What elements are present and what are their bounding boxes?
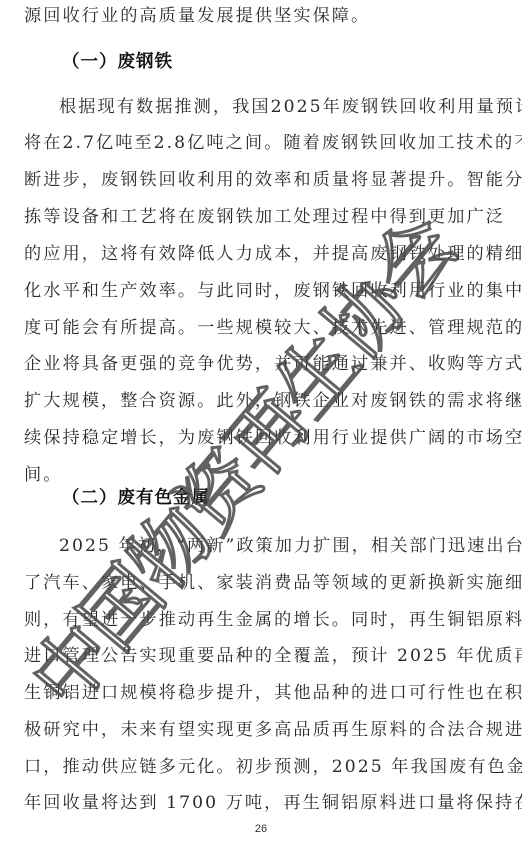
watermark: 中国物资再生协会 — [0, 0, 522, 841]
section-heading-scrap-steel: （一）废钢铁 — [62, 51, 173, 73]
paragraph-line: 2025 年初，“两新”政策加力扩围，相关部门迅速出台 — [59, 536, 492, 556]
paragraph-line: 扩大规模，整合资源。此外，钢铁企业对废钢铁的需求将继 — [24, 391, 492, 411]
paragraph-line: 根据现有数据推测，我国2025年废钢铁回收利用量预计 — [59, 97, 492, 117]
paragraph-line: 化水平和生产效率。与此同时，废钢铁回收利用行业的集中 — [24, 281, 492, 301]
paragraph-line: 极研究中，未来有望实现更多高品质再生原料的合法合规进 — [24, 720, 492, 740]
paragraph-line: 断进步，废钢铁回收利用的效率和质量将显著提升。智能分 — [24, 170, 492, 190]
paragraph-line: 企业将具备更强的竞争优势，并可能通过兼并、收购等方式 — [24, 354, 492, 374]
document-page: 源回收行业的高质量发展提供坚实保障。 （一）废钢铁 根据现有数据推测，我国202… — [0, 0, 522, 841]
page-number: 26 — [0, 823, 522, 835]
paragraph-line: 间。 — [24, 465, 492, 485]
paragraph-line: 将在2.7亿吨至2.8亿吨之间。随着废钢铁回收加工技术的不 — [24, 133, 492, 153]
paragraph-line: 生铜铝进口规模将稳步提升，其他品种的进口可行性也在积 — [24, 683, 492, 703]
paragraph-line: 度可能会有所提高。一些规模较大、技术先进、管理规范的 — [24, 318, 492, 338]
paragraph-line: 口，推动供应链多元化。初步预测，2025 年我国废有色金属 — [24, 757, 492, 777]
paragraph-line: 续保持稳定增长，为废钢铁回收利用行业提供广阔的市场空 — [24, 428, 492, 448]
paragraph-line: 了汽车、家电、手机、家装消费品等领域的更新换新实施细 — [24, 573, 492, 593]
paragraph-line: 进口管理公告实现重要品种的全覆盖，预计 2025 年优质再 — [24, 646, 492, 666]
section-heading-nonferrous-metals: （二）废有色金属 — [62, 487, 210, 509]
paragraph-line: 源回收行业的高质量发展提供坚实保障。 — [24, 6, 492, 26]
paragraph-line: 的应用，这将有效降低人力成本，并提高废钢铁处理的精细 — [24, 244, 492, 264]
paragraph-line: 则，有望进一步推动再生金属的增长。同时，再生铜铝原料 — [24, 610, 492, 630]
paragraph-line: 拣等设备和工艺将在废钢铁加工处理过程中得到更加广泛 — [24, 207, 492, 227]
paragraph-line: 年回收量将达到 1700 万吨，再生铜铝原料进口量将保持在 — [24, 793, 492, 813]
